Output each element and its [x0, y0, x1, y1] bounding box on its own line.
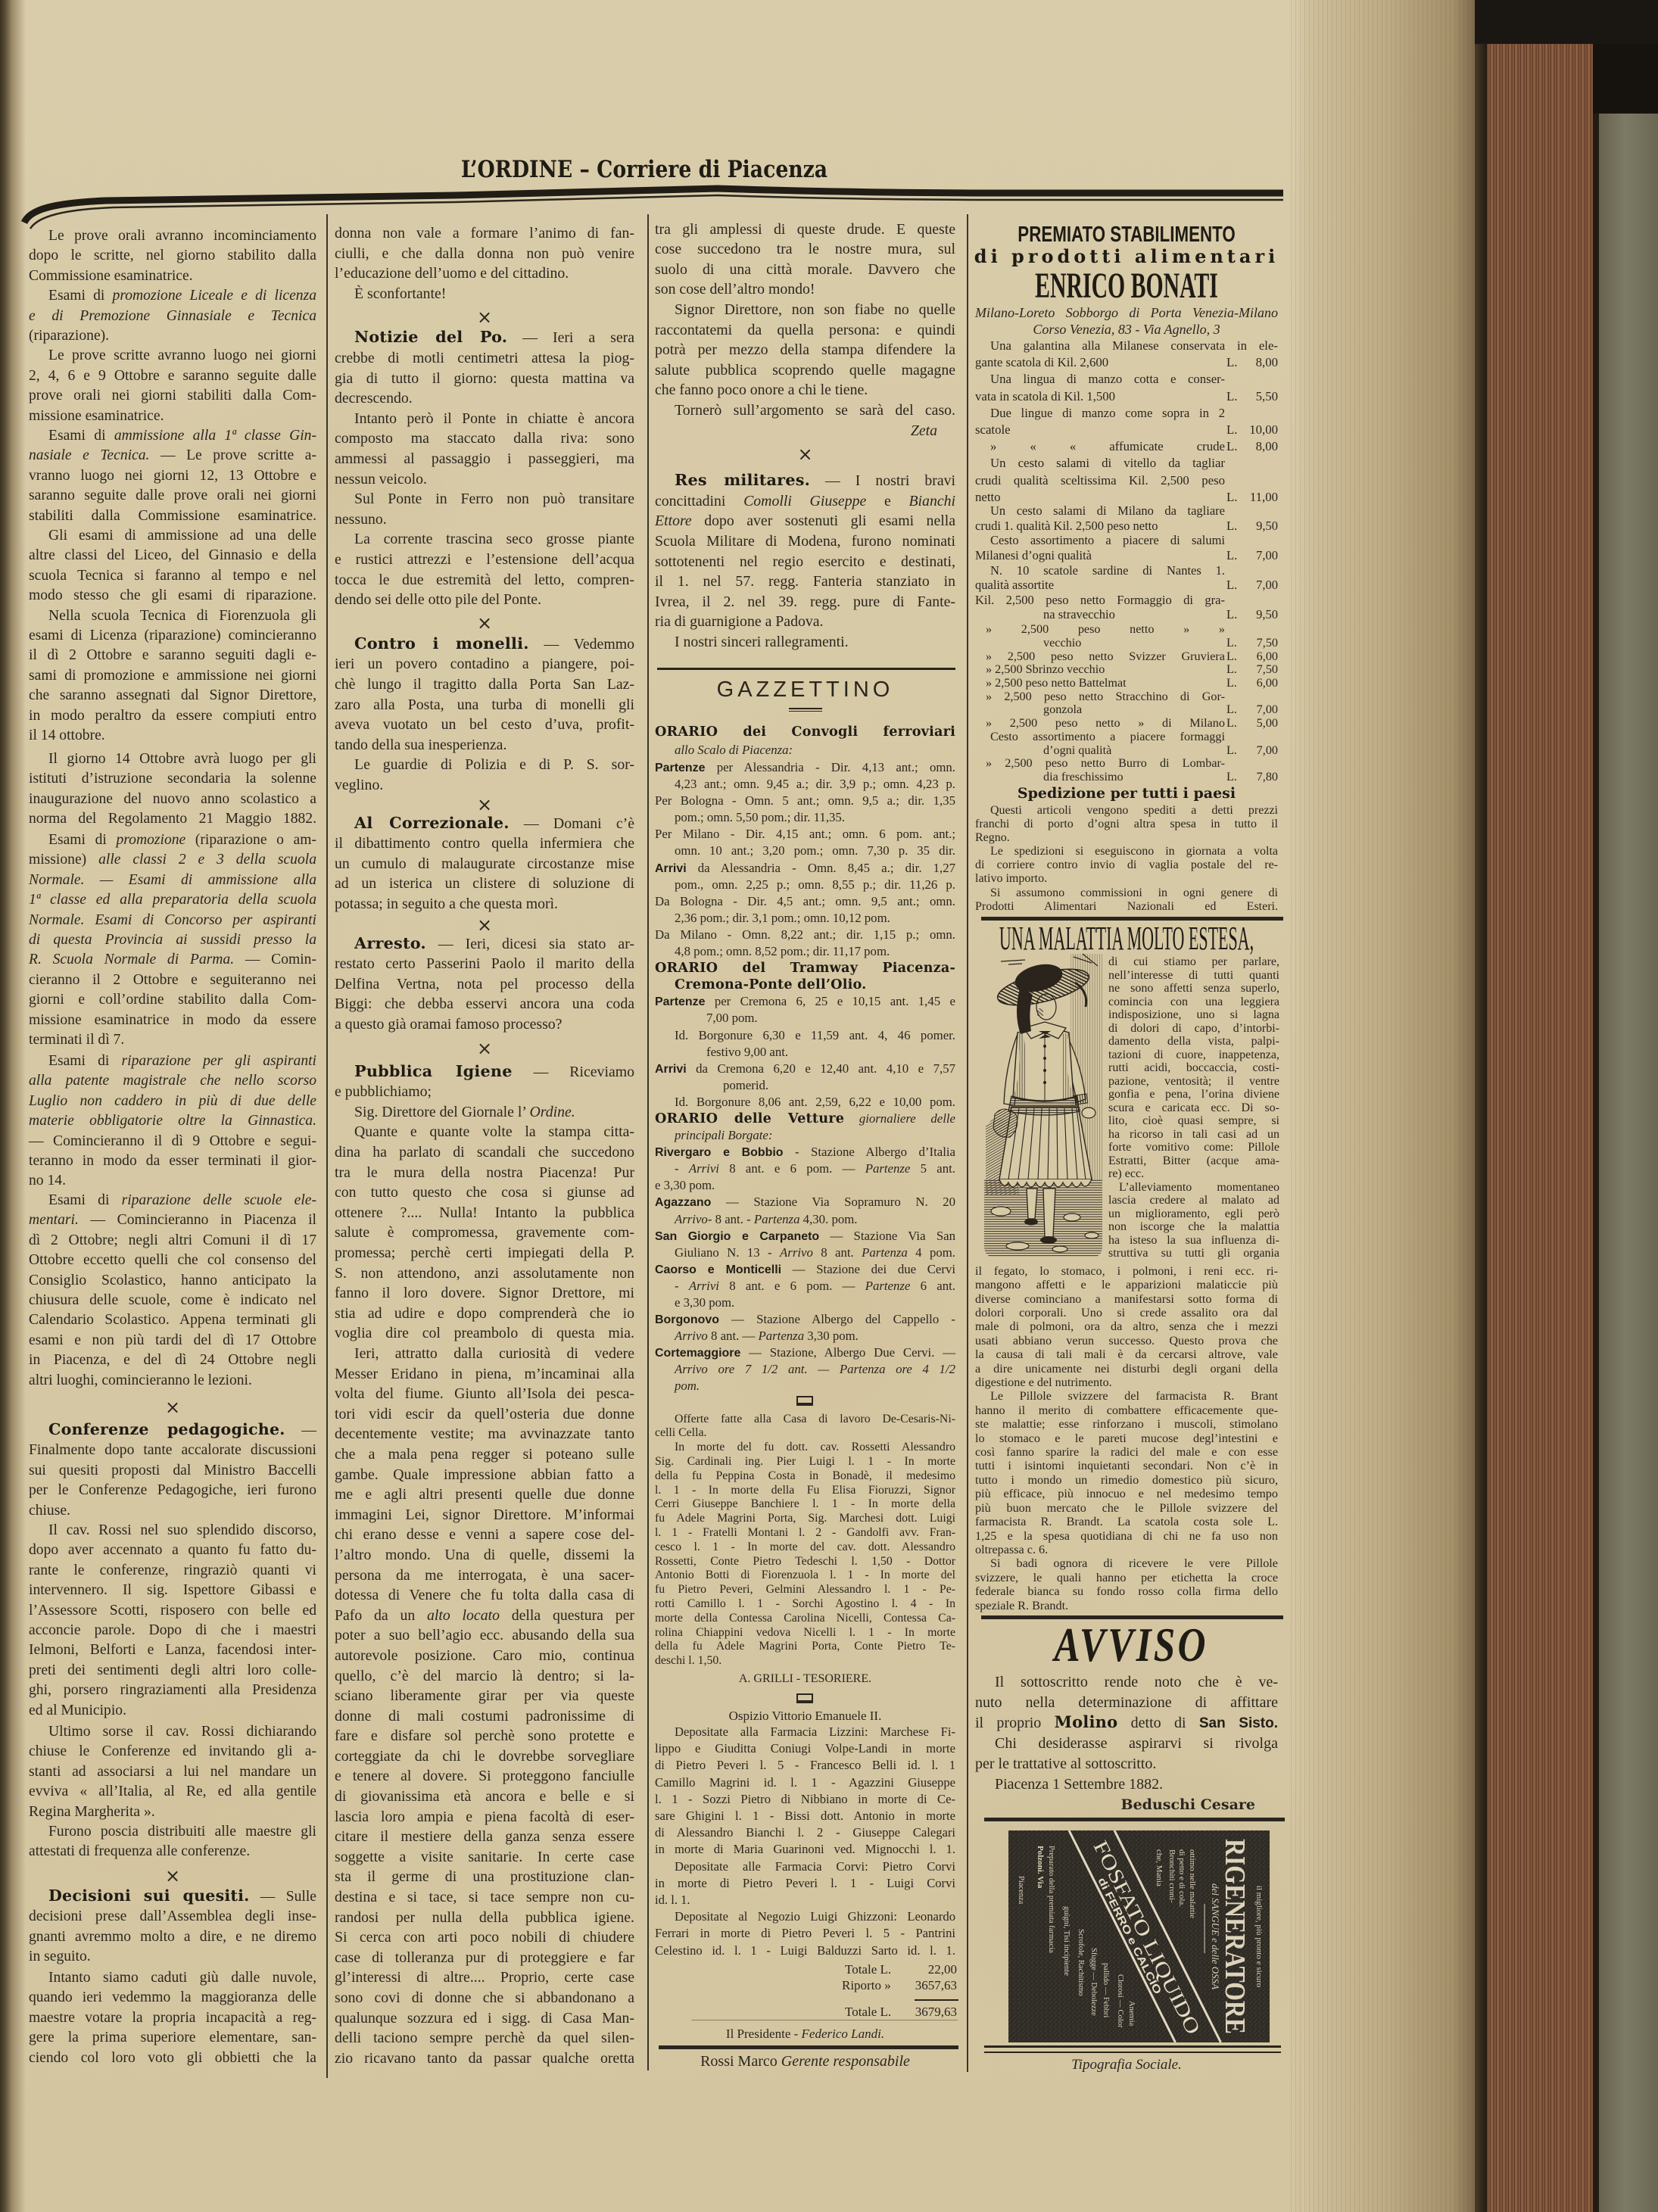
- bold-label-text: Agazzano: [655, 1196, 711, 1209]
- text-line: gonzola: [975, 703, 1225, 717]
- text-line: lascia credere al malato ad: [1108, 1194, 1279, 1207]
- text-line: decisioni prese dall’Assemblea degli ins…: [29, 1907, 316, 1927]
- bold-heading-text: Res militares.: [675, 470, 810, 489]
- text-line: ste malattie; esse rinforzano i muscoli,…: [975, 1417, 1278, 1431]
- text-line: donna non vale a formare l’animo di fan-: [335, 223, 634, 244]
- text-line: preti dei sentimenti degli altri loro co…: [29, 1661, 316, 1681]
- text-line: Id. Borgonure 6,30 e 11,59 ant. 4, 46 po…: [655, 1027, 955, 1044]
- text-line: Arresto. — Ieri, dicesi sia stato ar-: [335, 934, 634, 955]
- text-line: gnanti avremmo molto a dire, e ne diremo: [29, 1927, 316, 1947]
- text-line: mentari. — Comincieranno in Piacenza il: [29, 1210, 316, 1230]
- text-line: Signor Direttore, non son fiabe no quell…: [655, 300, 955, 320]
- total-amount: 22,00: [928, 1961, 957, 1978]
- text-line: Arrivi da Alessandria - Omn. 8,45 a.; di…: [655, 860, 955, 877]
- text-line: lascia loro ampia e piena facoltà di ese…: [335, 1807, 634, 1827]
- price-amount: 7,00: [1257, 744, 1278, 758]
- text-line: ed al Municipio.: [29, 1701, 316, 1721]
- top-right-shadow: [1475, 0, 1658, 44]
- price-currency: L.: [1226, 663, 1237, 677]
- body-paragraph: Le Pillole svizzere del farmacista R. Br…: [975, 1389, 1278, 1556]
- text-line: corteggiate da chi le dovrebbe sorveglia…: [335, 1746, 634, 1767]
- text-line: così fanno sparire la radici del male e …: [975, 1445, 1278, 1459]
- price-currency: L.: [1226, 438, 1237, 455]
- gazzettino-title: GAZZETTINO: [655, 678, 955, 702]
- text-line: l’Assessore Scotti, risposero con belle …: [29, 1601, 316, 1621]
- coach-entry: Agazzano — Stazione Via Sopramuro N. 20A…: [655, 1194, 955, 1227]
- text-line: » 2,500 Sbrinzo vecchio: [975, 663, 1225, 677]
- paragraph-patente-magistrale: Esami di riparazione per gli aspirantial…: [29, 1051, 316, 1192]
- ad-title: RIGENERATORE: [1219, 1839, 1251, 2034]
- text-line: a questo già oramai famoso processo?: [335, 1014, 634, 1035]
- text-line: nuto nella determinazione di affittare: [975, 1693, 1278, 1713]
- text-line: Un cesto salami di Milano da tagliare: [975, 503, 1225, 519]
- text-line: Esami di riparazione per gli aspiranti: [29, 1051, 316, 1071]
- bold-label-text: Cortemaggiore: [655, 1347, 740, 1360]
- text-line: quello, c’è del marcio là dentro; si la-: [335, 1666, 634, 1687]
- timetable-subheading: allo Scalo di Piacenza:: [655, 741, 955, 759]
- price-item: » 2,500 peso netto » di MilanoL.5,00: [975, 717, 1278, 731]
- text-line: R. Scuola Normale di Parma. — Comin-: [29, 950, 316, 970]
- item-description: » 2,500 peso netto Battelmat: [975, 677, 1225, 690]
- title-underline: [789, 711, 822, 712]
- item-price: L.7,50: [1226, 637, 1278, 650]
- text-line: crebbe di motli centimetri attesa la pio…: [335, 348, 634, 369]
- text-line: Normale. Esami di Concorso per aspiranti: [29, 911, 316, 930]
- paragraph-scuola-normale: Esami di promozione (riparazione o am-mi…: [29, 830, 316, 1050]
- text-line: lito, cioè quasi sempre, si: [1108, 1114, 1279, 1128]
- text-line: tazioni di cuore, inappetenza,: [1108, 1048, 1279, 1062]
- italic-text: Arrivi: [689, 1161, 719, 1176]
- item-description: » 2,500 peso netto Svizzer Gruviera: [975, 650, 1225, 664]
- item-description: Un cesto salami di Milano da tagliarecru…: [975, 503, 1225, 533]
- item-description: Una lingua di manzo cotta e conser-vata …: [975, 371, 1225, 404]
- price-item: Una galantina alla Milanese conservata i…: [975, 338, 1278, 371]
- italic-text: Ordine.: [529, 1104, 575, 1120]
- treasurer-signature: A. GRILLI - TESORIERE.: [655, 1671, 955, 1687]
- text-line: gonfia e pena, l’orina diviene: [1108, 1088, 1279, 1101]
- text-line: zio ricavano tanto da passar qualche ore…: [335, 2048, 634, 2069]
- price-currency: L.: [1226, 744, 1237, 758]
- text-line: istituti d’istruzione secondaria la sole…: [29, 769, 316, 789]
- italic-text: di questa Provincia ai sussidi presso la: [29, 932, 316, 948]
- paragraph-esami-liceali: Esami di promozione Liceale e di licenza…: [29, 286, 316, 346]
- text-line: San Giorgio e Carpaneto — Stazione Via S…: [655, 1228, 955, 1245]
- text-line: e tenere al dovere. Si proteggono fanciu…: [335, 1766, 634, 1787]
- text-line: » 2,500 peso netto Svizzer Gruviera: [975, 650, 1225, 664]
- price-amount: 5,00: [1257, 717, 1278, 731]
- shipping-paragraph: Le spedizioni si eseguiscono in giornata…: [975, 845, 1278, 886]
- bold-heading-text: Arresto.: [354, 933, 426, 952]
- text-line: digestione e del nutrimento.: [975, 1375, 1278, 1389]
- text-line: pom.; omn. 5,50 pom.; dir. 11,35.: [655, 809, 955, 826]
- price-currency: L.: [1226, 422, 1237, 438]
- text-line: Al Correzionale. — Domani c’è: [335, 814, 634, 834]
- text-line: lippo e Giuditta Coniugi Volpe-Landi in …: [655, 1740, 955, 1757]
- text-line: ciendo col loro voto gli obbietti che la: [29, 2048, 316, 2068]
- italic-text: nasiale e Tecnica.: [29, 447, 149, 463]
- text-line: Sig. Direttore del Giornale l’ Ordine.: [335, 1102, 634, 1123]
- ad-text-line: Scrofole, Rachitismo: [1077, 1929, 1085, 1996]
- italic-text: alto locato: [427, 1607, 500, 1624]
- price-item: » 2,500 peso netto Svizzer GruvieraL.6,0…: [975, 650, 1278, 664]
- text-line: sottotenenti nel regio esercito e destin…: [655, 552, 955, 572]
- item-description: Due lingue di manzo come sopra in 2scato…: [975, 405, 1225, 438]
- column-divider: [647, 214, 649, 2070]
- book-block-edge: [1487, 0, 1593, 2212]
- price-amount: 7,00: [1256, 578, 1278, 593]
- text-line: ne sono affetti senza superlo,: [1108, 982, 1279, 995]
- text-line: attestati di frequenza alle conferenze.: [29, 1842, 316, 1862]
- price-amount: 7,00: [1256, 548, 1278, 563]
- text-line: 1ª classe ed alla preparatoria della scu…: [29, 890, 316, 910]
- price-currency: L.: [1226, 519, 1237, 534]
- total-label: Totale L.: [845, 1961, 891, 1978]
- text-line: non iscorge che la malattia: [1108, 1220, 1279, 1234]
- item-price: L.9,50: [1226, 607, 1278, 622]
- text-line: più efficace, più innocuo e nel medesimo…: [975, 1487, 1278, 1500]
- text-line: Normale. — Esami di ammissione alla: [29, 871, 316, 890]
- avviso-date: Piacenza 1 Settembre 1882.: [975, 1774, 1278, 1795]
- italic-text: Partenza: [754, 1212, 800, 1226]
- item-description: Cesto assortimento a piacere di salumiMi…: [975, 533, 1225, 562]
- text-line: restato certo Passerini Paolo il marito …: [335, 954, 634, 974]
- price-list-group: » 2,500 peso netto » »vecchioL.7,50 » 2,…: [975, 623, 1278, 784]
- bold-heading-text: Pubblica Igiene: [354, 1061, 513, 1080]
- text-line: Arrivo- 8 ant. - Partenza 4,30. pom.: [655, 1211, 955, 1228]
- italic-text: Arrivo: [780, 1245, 813, 1260]
- text-line: Depositate al Negozio Luigi Ghizzoni: Le…: [655, 1908, 955, 1925]
- text-line: missione) alle classi 2 e 3 della scuola: [29, 850, 316, 870]
- text-line: tra le mura della nostra Piacenza! Pur: [335, 1163, 634, 1183]
- text-line: giorni e coll’ordine stabilito dalla Com…: [29, 990, 316, 1010]
- text-line: Per Milano - Dir. 4,15 ant.; omn. 6 pom.…: [655, 826, 955, 843]
- text-line: Esami di ammissione alla 1ª classe Gin-: [29, 426, 316, 446]
- text-line: citare il mestiere della ganza senza ess…: [335, 1827, 634, 1847]
- price-currency: L.: [1226, 354, 1237, 371]
- text-line: sciano liberamente girar per via queste: [335, 1686, 634, 1706]
- text-line: tocca le due estremità del letto, compre…: [335, 570, 634, 590]
- text-line: dendo sei delle otto pile del Ponte.: [335, 590, 634, 610]
- text-line: re) ecc.: [1108, 1167, 1279, 1181]
- text-line: esami e non più tardi del dì 17 Ottobre: [29, 1331, 316, 1351]
- text-line: 4,8 pom.; omn. 8,52 pom.; dir. 11,17 pom…: [655, 943, 955, 960]
- ad-text-line: di petto e di cola.: [1177, 1849, 1186, 1907]
- bold-label-text: Partenze: [655, 995, 705, 1008]
- text-line: nessun veicolo.: [335, 469, 634, 490]
- section-separator: ×: [29, 1394, 316, 1421]
- text-line: Si cerca con arti poco nobili di chiuder…: [335, 1927, 634, 1948]
- article-decisioni-quesiti: Decisioni sui quesiti. — Sulledecisioni …: [29, 1887, 316, 1967]
- text-line: Il sottoscritto rende noto che è ve-: [975, 1672, 1278, 1693]
- text-line: ORARIO dei Convogli ferroviari: [655, 723, 955, 741]
- text-line: di Alessandro Bianchi l. 2 - Giuseppe Ca…: [655, 1824, 955, 1841]
- text-line: morte della Contessa Carolina Nicelli, C…: [655, 1612, 955, 1626]
- item-description: » 2,500 peso netto » »vecchio: [975, 623, 1225, 650]
- text-line: modo stesso che gli esami di riparazione…: [29, 586, 316, 606]
- price-amount: 7,50: [1257, 637, 1278, 650]
- italic-text: Partenze: [865, 1161, 911, 1176]
- text-line: l. 1 - In morte della Fu Elisa Fioruzzi,…: [655, 1484, 955, 1498]
- text-line: scura e caricata ecc. Di so-: [1108, 1101, 1279, 1115]
- paragraph-corrente: La corrente trascina seco grosse piantee…: [335, 529, 634, 609]
- cover-corner-shadow: [1593, 44, 1658, 114]
- section-separator: ×: [335, 914, 634, 934]
- text-line: comincia con una leggiera: [1108, 995, 1279, 1009]
- text-line: Le prove scritte avranno luogo nei giorn…: [29, 346, 316, 366]
- text-line: Finalmente dopo tante accalorate discuss…: [29, 1441, 316, 1460]
- shipping-heading: Spedizione per tutti i paesi: [975, 785, 1278, 802]
- bold-heading-text: Notizie del Po.: [354, 327, 507, 346]
- bold-heading-text: Contro i monelli.: [354, 634, 529, 653]
- bold-heading-text: ORARIO del Tramway Piacenza-: [655, 960, 955, 976]
- text-line: qualunque sozzura ed i sigg. di Casa Man…: [335, 2008, 634, 2029]
- tramway-entry: Id. Borgonure 8,06 ant. 2,59, 6,22 e 10,…: [655, 1094, 955, 1111]
- bold-heading-text: Cremona-Ponte dell’Olio.: [675, 977, 867, 992]
- text-line: materie obbligatorie oltre la Ginnastica…: [29, 1111, 316, 1131]
- ad-bonati-company-name: ENRICO BONATI: [939, 268, 1314, 304]
- text-line: Messer Eridano in piena, m’incaminai all…: [335, 1364, 634, 1385]
- italic-text: riparazione delle scuole ele-: [122, 1192, 316, 1208]
- ad-text-line: Bronchiti croni-: [1167, 1849, 1176, 1903]
- text-line: dì 2 Ottobre; negli altri Comuni il dì 1…: [29, 1231, 316, 1251]
- text-line: Intanto siamo caduti giù dalle nuvole,: [29, 1968, 316, 1988]
- text-line: ad un isterica un clistere di soluzione …: [335, 874, 634, 894]
- text-line: diverse cominciano a manifestarsi sotto …: [975, 1292, 1278, 1306]
- donations-lizzini: Depositate alla Farmacia Lizzini: Marche…: [655, 1724, 955, 1858]
- item-description: N. 10 scatole sardine di Nantes 1.qualit…: [975, 563, 1225, 593]
- text-line: nell’interesse di tutti quanti: [1108, 969, 1279, 983]
- text-line: l. 1 - Fratelli Montani l. 2 - Gandolfi …: [655, 1526, 955, 1541]
- text-line: saranno seguite dalle prove orali nei gi…: [29, 486, 316, 506]
- text-line: ottenere ?.... Nulla! Intanto la pubblic…: [335, 1203, 634, 1223]
- text-line: Ieri, attratto dalla curiosità di vedere: [335, 1344, 634, 1364]
- price-item: » 2,500 peso netto BattelmatL.6,00: [975, 677, 1278, 690]
- text-line: randosi per nulla della pubblica igiene.: [335, 1908, 634, 1928]
- text-line: ha ricorso in tali casi ad un: [1108, 1128, 1279, 1142]
- text-line: Il cav. Rossi nel suo splendido discorso…: [29, 1521, 316, 1541]
- italic-text: riparazione per gli aspiranti: [122, 1053, 316, 1069]
- tramway-entry: Partenze per Cremona 6, 25 e 10,15 ant. …: [655, 993, 955, 1027]
- text-line: - Arrivi 8 ant. e 6 pom. — Partenze 6 an…: [655, 1278, 955, 1294]
- text-line: ORARIO del Tramway Piacenza-: [655, 960, 955, 977]
- president-signature: Il Presidente - Federico Landi.: [655, 2026, 955, 2042]
- text-line: e 3,30 pom.: [655, 1177, 955, 1194]
- price-currency: L.: [1226, 637, 1237, 650]
- text-line: Depositate alla Farmacia Lizzini: Marche…: [655, 1724, 955, 1740]
- ad-bonati-street: Corso Venezia, 83 - Via Agnello, 3: [975, 321, 1278, 338]
- text-line: hanno il merito di combattere efficaceme…: [975, 1404, 1278, 1417]
- president-label: Il Presidente -: [726, 2027, 802, 2041]
- ad-text-line: pallido — Febbri: [1102, 1963, 1110, 2017]
- italic-text: ammissione alla 1ª classe Gin-: [114, 428, 316, 444]
- text-line: Cortemaggiore — Stazione, Albergo Due Ce…: [655, 1344, 955, 1361]
- text-line: Regina Margherita ».: [29, 1802, 316, 1822]
- text-line: 4,23 ant.; omn. 9,45 a.; dir. 3,9 p.; om…: [655, 776, 955, 793]
- text-line: d’ogni qualità: [975, 744, 1225, 758]
- section-separator: ×: [335, 610, 634, 634]
- text-line: intervennero. Il sig. Ispettore Gibassi …: [29, 1581, 316, 1600]
- paragraph-inaugurazione: Il giorno 14 Ottobre avrà luogo per glii…: [29, 749, 316, 830]
- text-line: esami di Licenza (riparazione) comincier…: [29, 626, 316, 646]
- text-line: chè lungo il tragitto dalla Porta San La…: [335, 675, 634, 695]
- text-line: Nella scuola Tecnica di Fiorenzuola gli: [29, 606, 316, 626]
- text-line: » « « affumicate crude: [975, 438, 1225, 455]
- text-line: più buon mercato che le Pillole svizzere…: [975, 1501, 1278, 1515]
- article-contro-monelli: Contro i monelli. — Vedemmoieri un pover…: [335, 634, 634, 756]
- text-line: N. 10 scatole sardine di Nantes 1.: [975, 563, 1225, 578]
- text-line: gere la prima superiore elementare, san-: [29, 2028, 316, 2048]
- item-description: » 2,500 Sbrinzo vecchio: [975, 663, 1225, 677]
- text-line: gambe. Quale impressione abbian fatto a: [335, 1465, 634, 1485]
- text-line: speziale R. Brandt.: [975, 1599, 1278, 1612]
- text-line: - Arrivi 8 ant. e 6 pom. — Partenze 5 an…: [655, 1161, 955, 1177]
- text-line: usati abbiano verun successo. Questo pro…: [975, 1334, 1278, 1347]
- text-line: persona da me interrogata, è una sacer-: [335, 1566, 634, 1586]
- text-line: Consiglio Scolastico, hanno anticipato l…: [29, 1271, 316, 1291]
- text-line: quando ieri vedemmo la maggioranza delle: [29, 1988, 316, 2008]
- text-line: (riparazione).: [29, 326, 316, 346]
- italic-text: e di Premozione Ginnasiale e Tecnica: [29, 308, 316, 324]
- bold-label-text: Rivergaro e Bobbio: [655, 1146, 784, 1159]
- text-line: mangono affetti e le apparizioni malatic…: [975, 1278, 1278, 1291]
- text-line: chiuse.: [29, 1501, 316, 1521]
- bold-label-text: Caorso e Monticelli: [655, 1263, 781, 1276]
- text-line: autorevole posizione. Caro mio, continua: [335, 1646, 634, 1666]
- shipping-paragraph: Questi articoli vengono spediti a detti …: [975, 804, 1278, 845]
- text-line: Le prove orali avranno incominciamento: [29, 226, 316, 246]
- text-line: chiusura delle scuole, come è indicato n…: [29, 1291, 316, 1310]
- price-currency: L.: [1226, 703, 1237, 717]
- text-line: 1,25 e la spesa quotidiana di chi ne fa …: [975, 1529, 1278, 1543]
- text-line: Ielmoni, Belforti e Lanza, facendosi int…: [29, 1640, 316, 1660]
- text-line: altri luoghi, comincieranno le lezioni.: [29, 1371, 316, 1391]
- text-line: nessuno.: [335, 509, 634, 530]
- text-line: Decisioni sui quesiti. — Sulle: [29, 1887, 316, 1907]
- text-line: tando della sua inesperienza.: [335, 735, 634, 756]
- text-line: dina ha parlato di scandali che succedon…: [335, 1142, 634, 1163]
- italic-text: mentari.: [29, 1212, 79, 1228]
- paragraph-maestre: Intanto siamo caduti giù dalle nuvole,qu…: [29, 1968, 316, 2068]
- text-line: Notizie del Po. — Ieri a sera: [335, 328, 634, 348]
- paragraph-donna: donna non vale a formare l’animo di fan-…: [335, 223, 634, 284]
- text-line: un miglioramento, egli però: [1108, 1207, 1279, 1221]
- text-line: federale bianca su fondo rosso colla fir…: [975, 1584, 1278, 1598]
- text-line: ha isteso la sua influenza di-: [1108, 1234, 1279, 1248]
- text-line: Pafo da un alto locato della questura pe…: [335, 1606, 634, 1626]
- text-line: di Pietro Peveri l. 5 - Francesco Belli …: [655, 1757, 955, 1774]
- column-divider: [326, 214, 328, 2078]
- carry-label: Riporto »: [842, 1977, 891, 1994]
- ospizio-title: Ospizio Vittorio Emanuele II.: [655, 1708, 955, 1724]
- text-line: na stravecchio: [975, 607, 1225, 622]
- text-line: veglino.: [335, 775, 634, 796]
- text-line: di questa Provincia ai sussidi presso la: [29, 930, 316, 950]
- train-entry: Per Milano - Dir. 4,15 ant.; omn. 6 pom.…: [655, 826, 955, 859]
- text-line: concittadini Comolli Giuseppe e Bianchi: [655, 491, 955, 512]
- text-line: svizzere, le quali hanno per etichetta l…: [975, 1571, 1278, 1584]
- book-block-shadow: [1475, 0, 1487, 2212]
- text-line: missione esaminatrice in modo da essere: [29, 1011, 316, 1030]
- text-line: tutti i isintomi inquietanti secondari. …: [975, 1459, 1278, 1472]
- item-price: L.8,00: [1226, 354, 1278, 371]
- italic-text: Partenza: [758, 1329, 804, 1343]
- text-line: Esami di promozione (riparazione o am-: [29, 830, 316, 850]
- ad-text-line: Piacenza: [1017, 1876, 1025, 1905]
- item-price: L.7,80: [1226, 771, 1278, 784]
- timetables: Partenze per Alessandria - Dir. 4,13 ant…: [655, 759, 955, 1395]
- price-item: Cesto assortimento a piacere di salumiMi…: [975, 533, 1278, 562]
- paragraph-ieri-attratto: Ieri, attratto dalla curiosità di vedere…: [335, 1344, 634, 2068]
- text-line: pomerid.: [655, 1077, 955, 1094]
- ad-text-line: guigni, Tisi incipiente: [1062, 1906, 1071, 1976]
- price-item: Due lingue di manzo come sopra in 2scato…: [975, 405, 1278, 438]
- text-line: I nostri sinceri rallegramenti.: [655, 632, 955, 653]
- avviso-paragraph: Il sottoscritto rende noto che è ve-nuto…: [975, 1672, 1278, 1734]
- train-entry: Da Milano - Omn. 8,22 ant.; dir. 1,15 p.…: [655, 927, 955, 960]
- train-entry: Partenze per Alessandria - Dir. 4,13 ant…: [655, 759, 955, 793]
- price-item: N. 10 scatole sardine di Nantes 1.qualit…: [975, 563, 1278, 593]
- text-line: promessa; perchè certi impiegati della P…: [335, 1243, 634, 1263]
- ad-bonati-address: Milano-Loreto Sobborgo di Porta Venezia-…: [975, 304, 1278, 321]
- text-line: Celestino id. l. 1 - Luigi Balduzzi Sart…: [655, 1943, 955, 1959]
- train-entry: Da Bologna - Dir. 4,5 ant.; omn. 9,5 ant…: [655, 893, 955, 927]
- shipping-paragraph: Si assumono commissioni in ogni genere d…: [975, 886, 1278, 914]
- carry-amount: 3657,63: [915, 1977, 957, 1994]
- binding-shadow: [0, 0, 26, 2212]
- text-line: In morte del fu dott. cav. Rossetti Ales…: [655, 1441, 955, 1455]
- text-line: Esami di promozione Liceale e di licenza: [29, 286, 316, 306]
- text-line: ghi, porsero ringraziamenti alla Preside…: [29, 1681, 316, 1700]
- text-line: in morte di Pietro Peveri l. 1 - Luigi C…: [655, 1875, 955, 1892]
- donations-ghizzoni: Depositate al Negozio Luigi Ghizzoni: Le…: [655, 1908, 955, 1959]
- ad-pillole-body: il fegato, lo stomaco, i polmoni, i reni…: [975, 1264, 1278, 1612]
- text-line: di dolori di capo, d’intorbi-: [1108, 1022, 1279, 1036]
- text-line: potassa; in seguito a che questa morì.: [335, 894, 634, 914]
- text-line: stanti ad associarsi a lui nel mandare u…: [29, 1762, 316, 1782]
- text-line: Camillo Magrini id. l. 1 - Agazzini Gius…: [655, 1774, 955, 1791]
- text-line: » 2,500 peso netto » »: [975, 623, 1225, 637]
- text-line: Agazzano — Stazione Via Sopramuro N. 20: [655, 1194, 955, 1210]
- text-line: l’educazione dell’uomo e del cittadino.: [335, 263, 634, 284]
- text-line: gia di tutto il giorno: questa mattina v…: [335, 369, 634, 389]
- text-line: rutti acidi, boccaccia, costi-: [1108, 1061, 1279, 1075]
- ad-bonati-headline: PREMIATO STABILIMENTO: [893, 223, 1360, 247]
- train-entry: Per Bologna - Omn. 5 ant.; omn. 9,5 a.; …: [655, 793, 955, 826]
- bold-heading-text: Al Correzionale.: [354, 813, 510, 832]
- text-line: in morte di Maria Guarinoni ved. Mignocc…: [655, 1841, 955, 1858]
- text-line: dopo aver accennato a quanto fu fatto du…: [29, 1541, 316, 1560]
- text-line: Rivergaro e Bobbio - Stazione Albergo d’…: [655, 1144, 955, 1161]
- price-currency: L.: [1226, 548, 1237, 563]
- cover-edge-line: [1593, 0, 1599, 2212]
- ospizio-donations: Depositate alla Farmacia Lizzini: Marche…: [655, 1724, 955, 1959]
- total-row: Totale L.22,00: [845, 1961, 957, 1978]
- text-line: 7,00 pom.: [655, 1010, 955, 1027]
- text-line: 2, 4, 6 e 9 Ottobre e saranno seguite da…: [29, 366, 316, 386]
- price-item: Cesto assortimento a piacere formaggid’o…: [975, 731, 1278, 757]
- text-line: È sconfortante!: [335, 284, 634, 304]
- text-line: fu Pietro Peveri, Gelmini Alessandro l. …: [655, 1583, 955, 1597]
- price-item: » 2,500 peso netto Stracchino di Gor-gon…: [975, 690, 1278, 717]
- footer-rule: [659, 2045, 958, 2049]
- text-line: alla patente magistrale che nello scorso: [29, 1071, 316, 1091]
- text-line: maestre votare la propria incapacità a r…: [29, 2008, 316, 2028]
- text-line: Ferrari in morte di Pietro Peveri l. 5 -…: [655, 1925, 955, 1942]
- rigeneratore-advertisement: il migliore, più pronto e sicuro RIGENER…: [1008, 1830, 1270, 2042]
- girl-illustration: [978, 952, 1108, 1259]
- italic-text: alla patente magistrale che nello scorso: [29, 1073, 316, 1089]
- item-price: L.9,50: [1226, 519, 1278, 534]
